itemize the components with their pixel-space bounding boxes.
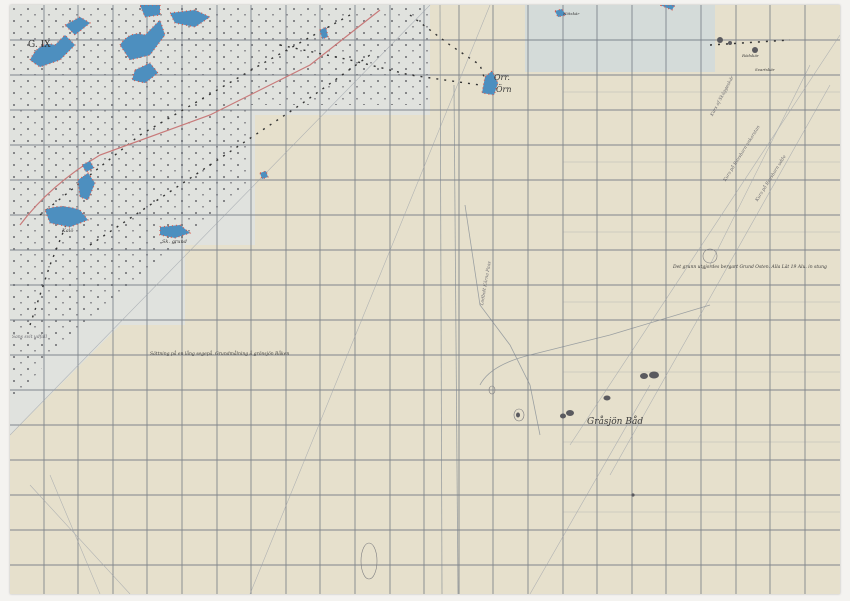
place-label-orr: Orr. <box>494 73 510 82</box>
overlay-paper-top-right <box>525 5 715 72</box>
place-label-svartskar: Svartskär <box>755 67 775 72</box>
place-label-orn: Örn <box>496 85 512 94</box>
note-right: Det grunn utgjordes bergart Grund Osten.… <box>673 265 827 270</box>
sheet-id-label: G. IX <box>28 40 51 50</box>
note-left: Sans svit udfall <box>12 335 47 340</box>
place-label-notskar: Nötskär <box>563 11 579 16</box>
place-label-rodskar: Rödskär <box>742 53 759 58</box>
chart-graphics <box>10 5 840 594</box>
note-bottom: Sättning på en lång segepå. Grundmålning… <box>150 352 289 357</box>
place-label-grund: Sk. grund <box>162 239 187 245</box>
place-label-grasjon: Gråsjön Båd <box>587 417 643 427</box>
place-label-kalo: Kalö <box>62 228 73 234</box>
chart-sheet: G. IX Orr. Örn Kalö Sk. grund Gråsjön Bå… <box>10 5 840 594</box>
